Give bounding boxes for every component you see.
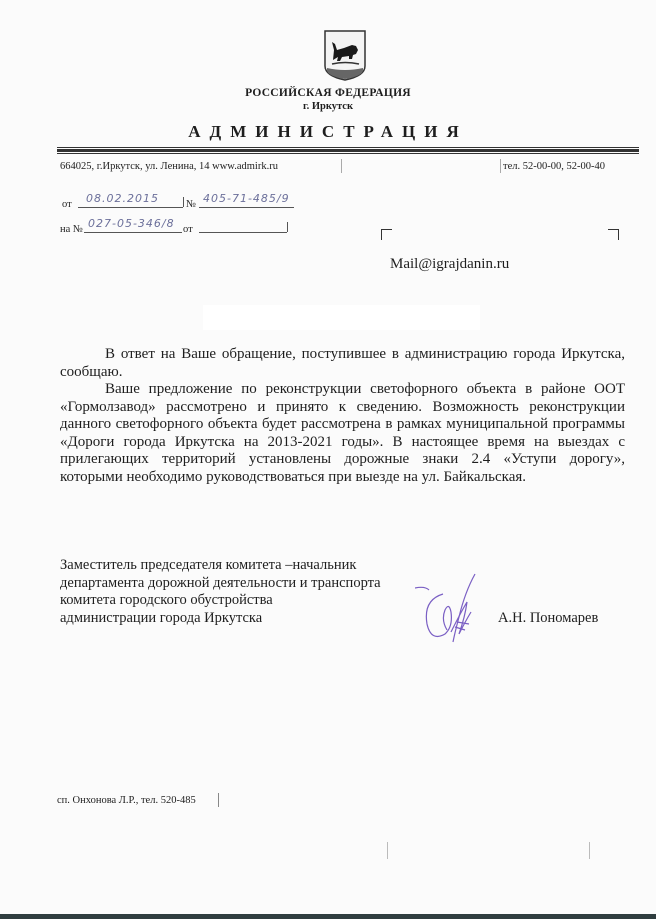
separator bbox=[387, 842, 388, 859]
address-corner-right bbox=[608, 229, 619, 240]
executor-info: сп. Онхонова Л.Р., тел. 520-485 bbox=[57, 795, 196, 806]
ref-field: 027-05-346/8 bbox=[84, 218, 182, 233]
signatory-line: администрации города Иркутска bbox=[60, 610, 381, 628]
number-field: 405-71-485/9 bbox=[199, 193, 294, 208]
ref-date-field bbox=[199, 218, 287, 233]
document-title: АДМИНИСТРАЦИЯ bbox=[0, 122, 656, 142]
separator bbox=[341, 159, 342, 173]
number-label: № bbox=[186, 199, 196, 210]
separator bbox=[589, 842, 590, 859]
signatory-line: Заместитель председателя комитета –начал… bbox=[60, 557, 381, 575]
signatory-line: департамента дорожной деятельности и тра… bbox=[60, 575, 381, 593]
city-heading: г. Иркутск bbox=[0, 101, 656, 112]
paragraph: Ваше предложение по реконструкции светоф… bbox=[60, 381, 625, 486]
date-field: 08.02.2015 bbox=[78, 193, 183, 208]
separator bbox=[500, 159, 501, 173]
address-corner-left bbox=[381, 229, 392, 240]
letter-body: В ответ на Ваше обращение, поступившее в… bbox=[60, 346, 625, 486]
ref-date-label: от bbox=[183, 224, 193, 235]
scan-edge bbox=[0, 914, 656, 919]
number-value: 405-71-485/9 bbox=[203, 192, 290, 205]
ref-label: на № bbox=[60, 224, 83, 235]
separator bbox=[218, 793, 219, 807]
handwritten-signature-icon bbox=[415, 572, 490, 647]
date-value: 08.02.2015 bbox=[86, 192, 159, 205]
address-line: 664025, г.Иркутск, ул. Ленина, 14 www.ad… bbox=[60, 161, 278, 172]
signatory-title: Заместитель председателя комитета –начал… bbox=[60, 557, 381, 627]
phone-line: тел. 52-00-00, 52-00-40 bbox=[503, 161, 605, 172]
header-divider bbox=[57, 147, 639, 155]
separator bbox=[287, 222, 288, 232]
recipient-email: Mail@igrajdanin.ru bbox=[390, 256, 509, 273]
date-label: от bbox=[62, 199, 72, 210]
coat-of-arms-icon bbox=[322, 28, 368, 82]
federation-heading: РОССИЙСКАЯ ФЕДЕРАЦИЯ bbox=[0, 87, 656, 99]
ref-value: 027-05-346/8 bbox=[88, 217, 175, 230]
separator bbox=[183, 197, 184, 207]
signatory-name: А.Н. Пономарев bbox=[498, 610, 598, 627]
signatory-line: комитета городского обустройства bbox=[60, 592, 381, 610]
paragraph: В ответ на Ваше обращение, поступившее в… bbox=[60, 346, 625, 381]
redacted-recipient-name bbox=[203, 305, 480, 330]
